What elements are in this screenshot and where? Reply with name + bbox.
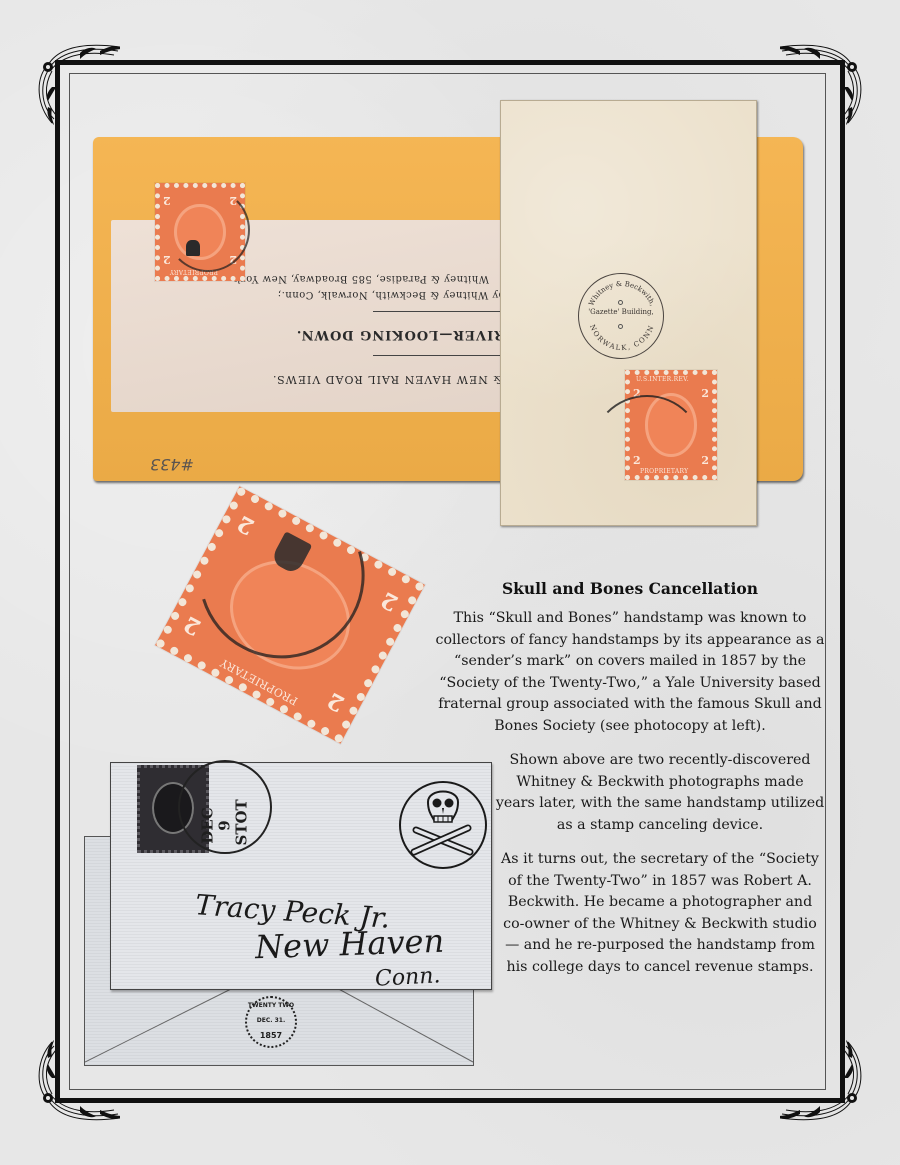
corner-flourish-icon <box>780 1040 870 1130</box>
inventory-note: #433 <box>150 455 194 474</box>
postmark-text: DEC 9 STOT <box>200 806 251 846</box>
backstamp-middle: DEC. 31. <box>247 1017 295 1024</box>
revenue-stamp: U.S.INTER.REV. PROPRIETARY 2 2 2 2 <box>625 370 717 480</box>
stamp-denomination: 2 <box>179 610 205 640</box>
stamp-denomination: 2 <box>377 586 403 616</box>
stamp-top-label: U.S.INTER.REV. <box>636 376 689 383</box>
article-title: Skull and Bones Cancellation <box>430 578 830 600</box>
label-line-1: & NEW HAVEN RAIL ROAD VIEWS. <box>272 373 503 386</box>
corner-flourish-icon <box>780 35 870 125</box>
cancel-mark <box>166 188 250 272</box>
corner-flourish-icon <box>30 35 120 125</box>
imprint-center: 'Gazette' Building, <box>579 308 663 316</box>
label-line-4: Whitney & Paradise, 585 Broadway, New Yo… <box>230 273 489 284</box>
backstamp-year: 1857 <box>247 1031 295 1040</box>
cancel-mark <box>590 395 704 509</box>
society-backstamp: TWENTY TWO DEC. 31. 1857 <box>245 996 297 1048</box>
backstamp-top: TWENTY TWO <box>247 1002 295 1009</box>
stamp-denomination: 2 <box>163 194 171 207</box>
article-paragraph-2: Shown above are two recently-discovered … <box>495 750 825 836</box>
imprint-dot <box>618 324 623 329</box>
label-rule <box>373 355 501 356</box>
label-rule <box>373 311 501 312</box>
address-line-2: New Haven <box>254 922 444 967</box>
photographer-imprint: Whitney & Beckwith, NORWALK, CONN 'Gazet… <box>578 273 664 359</box>
skull-cancel-mark <box>186 240 200 256</box>
address-line-3: Conn. <box>374 963 441 991</box>
label-line-2: RIVER—LOOKING DOWN. <box>296 327 505 342</box>
stamp-denomination: 2 <box>323 687 349 717</box>
article-paragraph-3: As it turns out, the secretary of the “S… <box>495 849 825 979</box>
imprint-dot <box>618 300 623 305</box>
article-paragraph-1: This “Skull and Bones” handstamp was kno… <box>430 608 830 738</box>
label-line-3: by Whitney & Beckwith, Norwalk, Conn.; <box>277 289 505 300</box>
article-heading-block: Skull and Bones Cancellation <box>430 578 830 600</box>
stamp-denomination: 2 <box>163 253 171 266</box>
skull-and-bones-handstamp <box>398 780 488 870</box>
revenue-stamp: PROPRIETARY 2 2 2 2 <box>155 183 245 281</box>
stamp-denomination: 2 <box>701 387 709 400</box>
